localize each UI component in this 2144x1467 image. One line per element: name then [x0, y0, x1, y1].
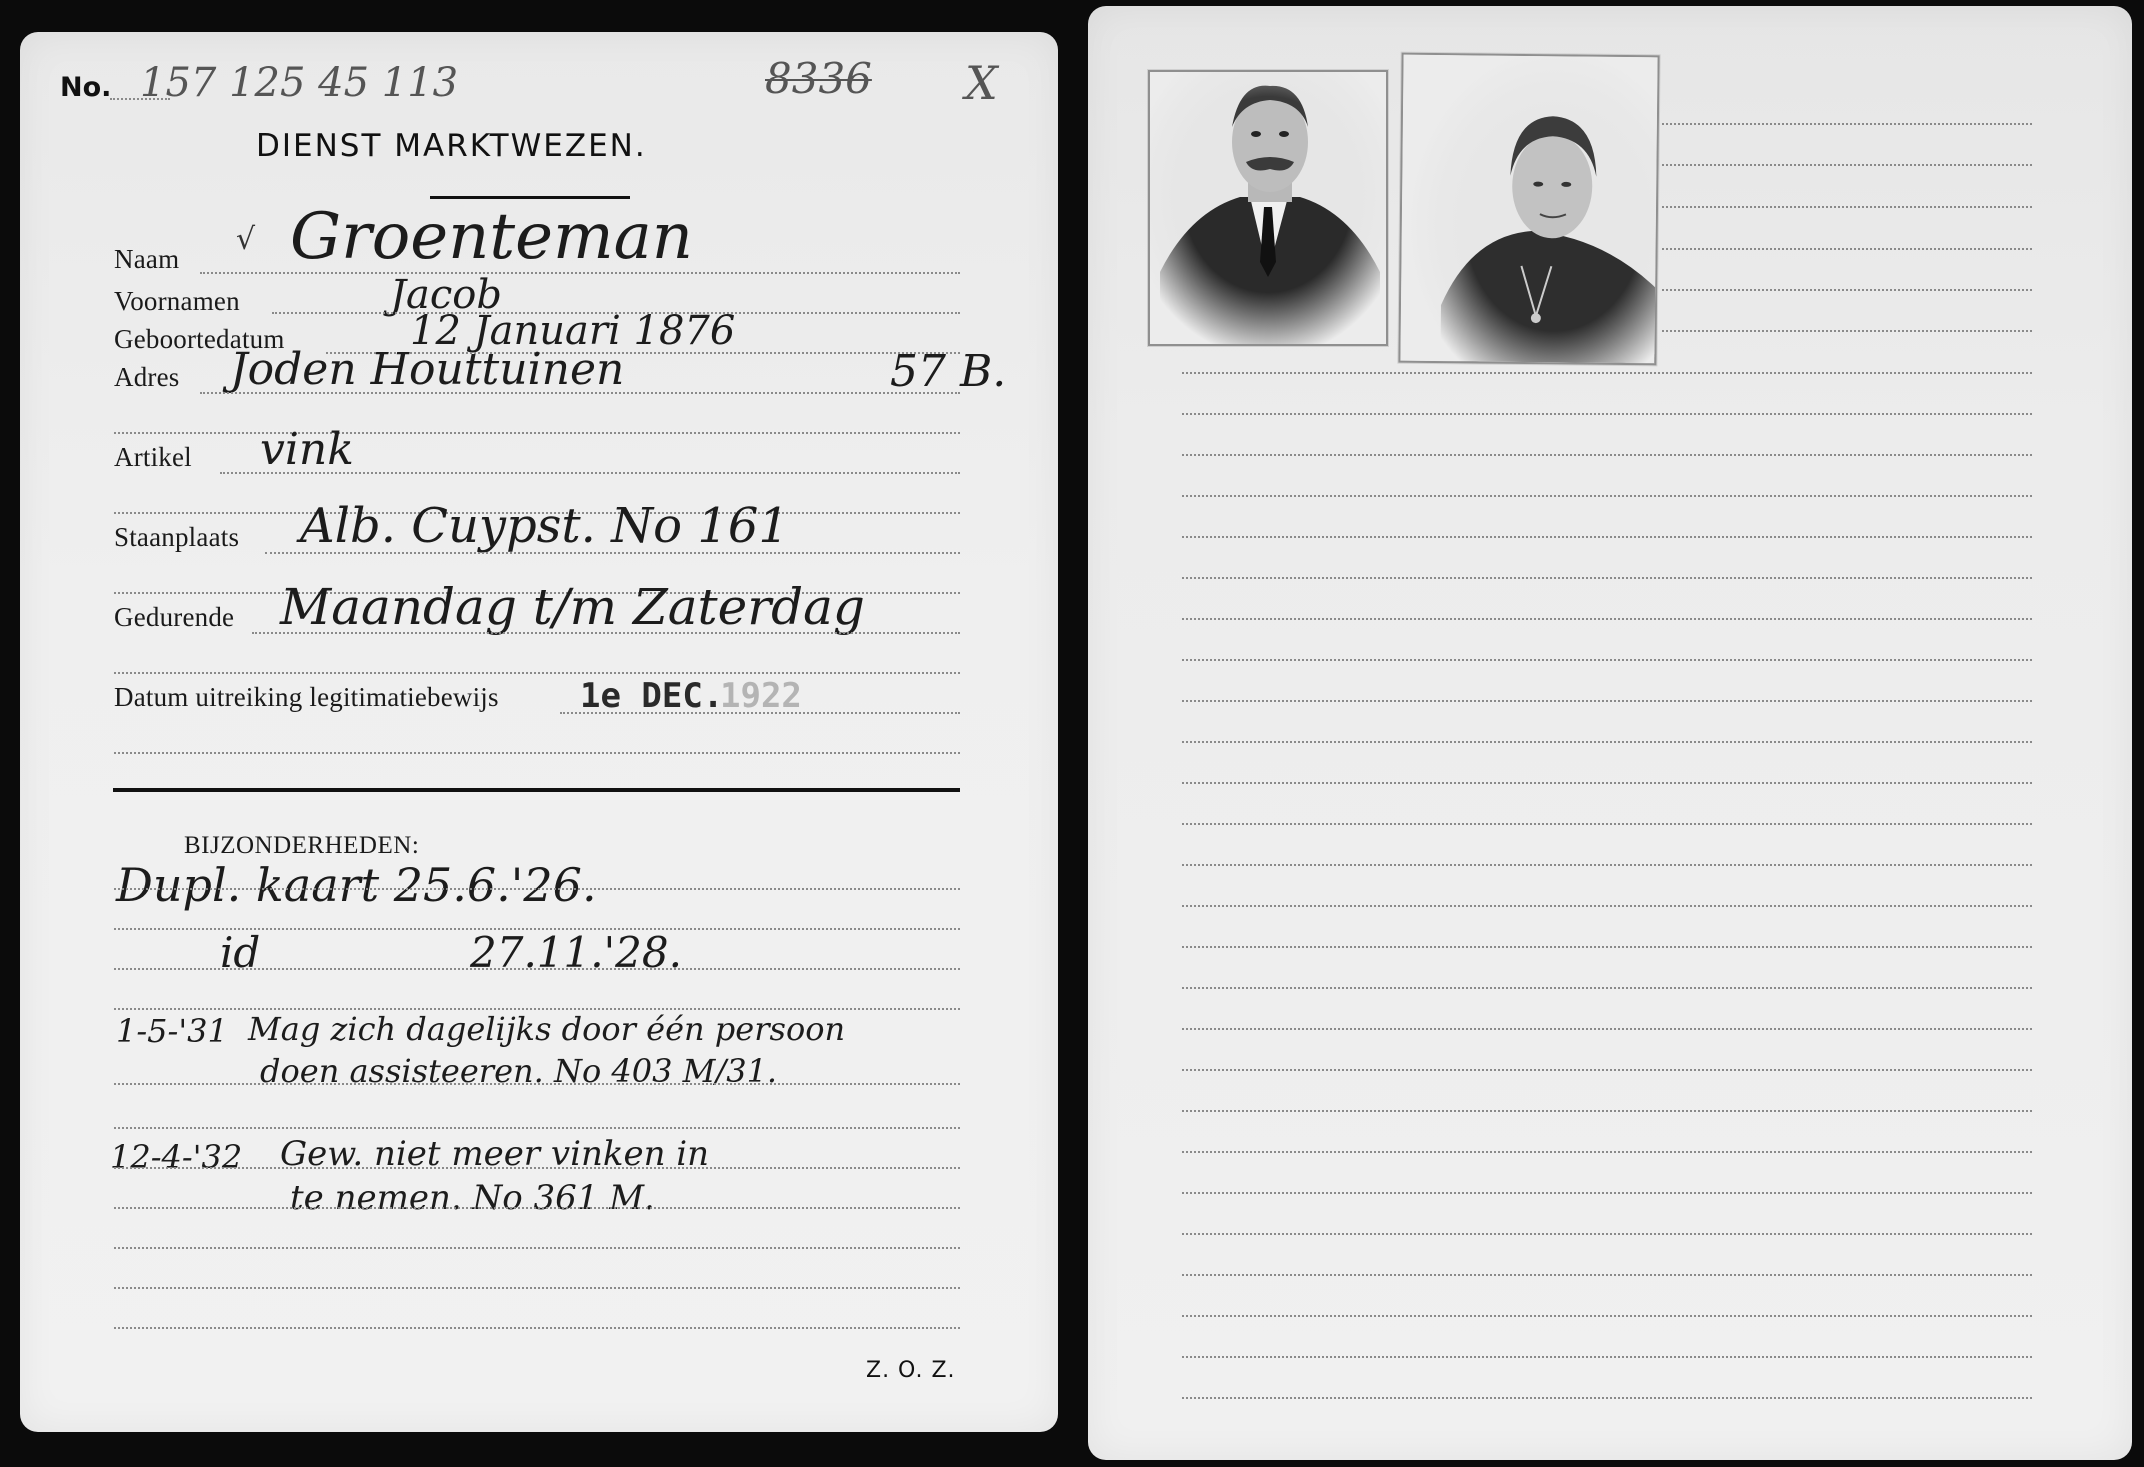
- dotted-line: [114, 1207, 960, 1209]
- number-label: No.: [60, 72, 111, 103]
- dotted-line: [1662, 248, 2032, 250]
- dotted-line: [1182, 454, 2032, 456]
- dotted-line: [1662, 164, 2032, 166]
- dotted-line: [1182, 782, 2032, 784]
- archive-number: 8336: [765, 54, 872, 103]
- dotted-line: [114, 432, 960, 434]
- dotted-line: [114, 1127, 960, 1129]
- dotted-line: [1182, 1274, 2032, 1276]
- dotted-line: [1182, 700, 2032, 702]
- dotted-line: [1182, 618, 2032, 620]
- dotted-line: [1182, 536, 2032, 538]
- field-value-adres-number: 57 B.: [890, 346, 1006, 397]
- details-heading: BIJZONDERHEDEN:: [184, 832, 419, 860]
- dotted-line: [1182, 1069, 2032, 1071]
- turn-over-note: Z. O. Z.: [866, 1358, 956, 1383]
- registration-card-back: [1088, 6, 2132, 1460]
- dotted-line: [1182, 1192, 2032, 1194]
- photo-man: [1148, 70, 1388, 346]
- dotted-line: [1182, 741, 2032, 743]
- dotted-line: [1182, 1315, 2032, 1317]
- dotted-line: [1662, 330, 2032, 332]
- photo-woman: [1398, 53, 1659, 366]
- section-divider: [113, 788, 960, 792]
- dotted-line: [1182, 495, 2032, 497]
- dotted-line: [200, 392, 960, 394]
- field-value-artikel: vink: [260, 424, 354, 475]
- dotted-line: [114, 1247, 960, 1249]
- dotted-line: [1182, 1151, 2032, 1153]
- field-label-naam: Naam: [114, 244, 179, 275]
- title-underline: [430, 196, 630, 199]
- man-portrait-icon: [1150, 72, 1386, 344]
- dotted-line: [560, 712, 960, 714]
- dotted-line: [114, 1327, 960, 1329]
- dotted-line: [1182, 577, 2032, 579]
- card-title: DIENST MARKTWEZEN.: [256, 128, 647, 164]
- checkmark: √: [236, 222, 255, 257]
- dotted-line: [114, 968, 960, 970]
- field-label-voornamen: Voornamen: [114, 286, 240, 317]
- detail-entry-3-date: 1-5-'31: [116, 1012, 228, 1050]
- field-label-datum-uitreiking: Datum uitreiking legitimatiebewijs: [114, 682, 499, 713]
- dotted-line: [114, 1287, 960, 1289]
- dotted-line: [1182, 372, 2032, 374]
- detail-entry-4-line2: te nemen. No 361 M.: [290, 1178, 655, 1218]
- dotted-line: [1662, 289, 2032, 291]
- field-label-adres: Adres: [114, 362, 179, 393]
- dotted-line: [1182, 823, 2032, 825]
- field-value-naam: Groenteman: [290, 200, 693, 274]
- dotted-line: [114, 1083, 960, 1085]
- dotted-line: [1182, 1028, 2032, 1030]
- card-number-handwritten: 157 125 45 113: [140, 60, 458, 106]
- dotted-line: [114, 672, 960, 674]
- detail-entry-3-line1: Mag zich dagelijks door één persoon: [248, 1010, 845, 1048]
- field-value-staanplaats: Alb. Cuypst. No 161: [300, 498, 789, 554]
- dotted-line: [265, 552, 960, 554]
- dotted-line: [1182, 987, 2032, 989]
- field-label-staanplaats: Staanplaats: [114, 522, 239, 553]
- field-value-gedurende: Maandag t/m Zaterdag: [280, 578, 865, 636]
- dotted-line: [114, 888, 960, 890]
- dotted-line: [1662, 123, 2032, 125]
- dotted-line: [200, 272, 960, 274]
- detail-entry-4-date: 12-4-'32: [110, 1138, 242, 1176]
- dotted-line: [1182, 1356, 2032, 1358]
- dotted-line: [1182, 1110, 2032, 1112]
- woman-portrait-icon: [1400, 55, 1657, 364]
- dotted-line: [1182, 1397, 2032, 1399]
- dotted-line: [114, 1167, 960, 1169]
- date-stamp-day: 1e DEC.: [580, 676, 723, 716]
- dotted-line: [1182, 864, 2032, 866]
- mark-x: X: [965, 56, 998, 110]
- dotted-line: [1182, 413, 2032, 415]
- dotted-line: [1182, 1233, 2032, 1235]
- dotted-line: [220, 472, 960, 474]
- dotted-line: [1182, 905, 2032, 907]
- dotted-line: [1662, 206, 2032, 208]
- date-stamp-year: 1922: [720, 676, 802, 716]
- registration-card-front: No. 157 125 45 113 8336 X DIENST MARKTWE…: [20, 32, 1058, 1432]
- field-label-gedurende: Gedurende: [114, 602, 234, 633]
- dotted-line: [1182, 659, 2032, 661]
- dotted-line: [114, 752, 960, 754]
- field-label-artikel: Artikel: [114, 442, 192, 473]
- field-value-adres: Joden Houttuinen: [230, 344, 624, 395]
- dotted-line: [252, 632, 960, 634]
- detail-entry-1: Dupl. kaart 25.6.'26.: [116, 858, 597, 912]
- dotted-line: [1182, 946, 2032, 948]
